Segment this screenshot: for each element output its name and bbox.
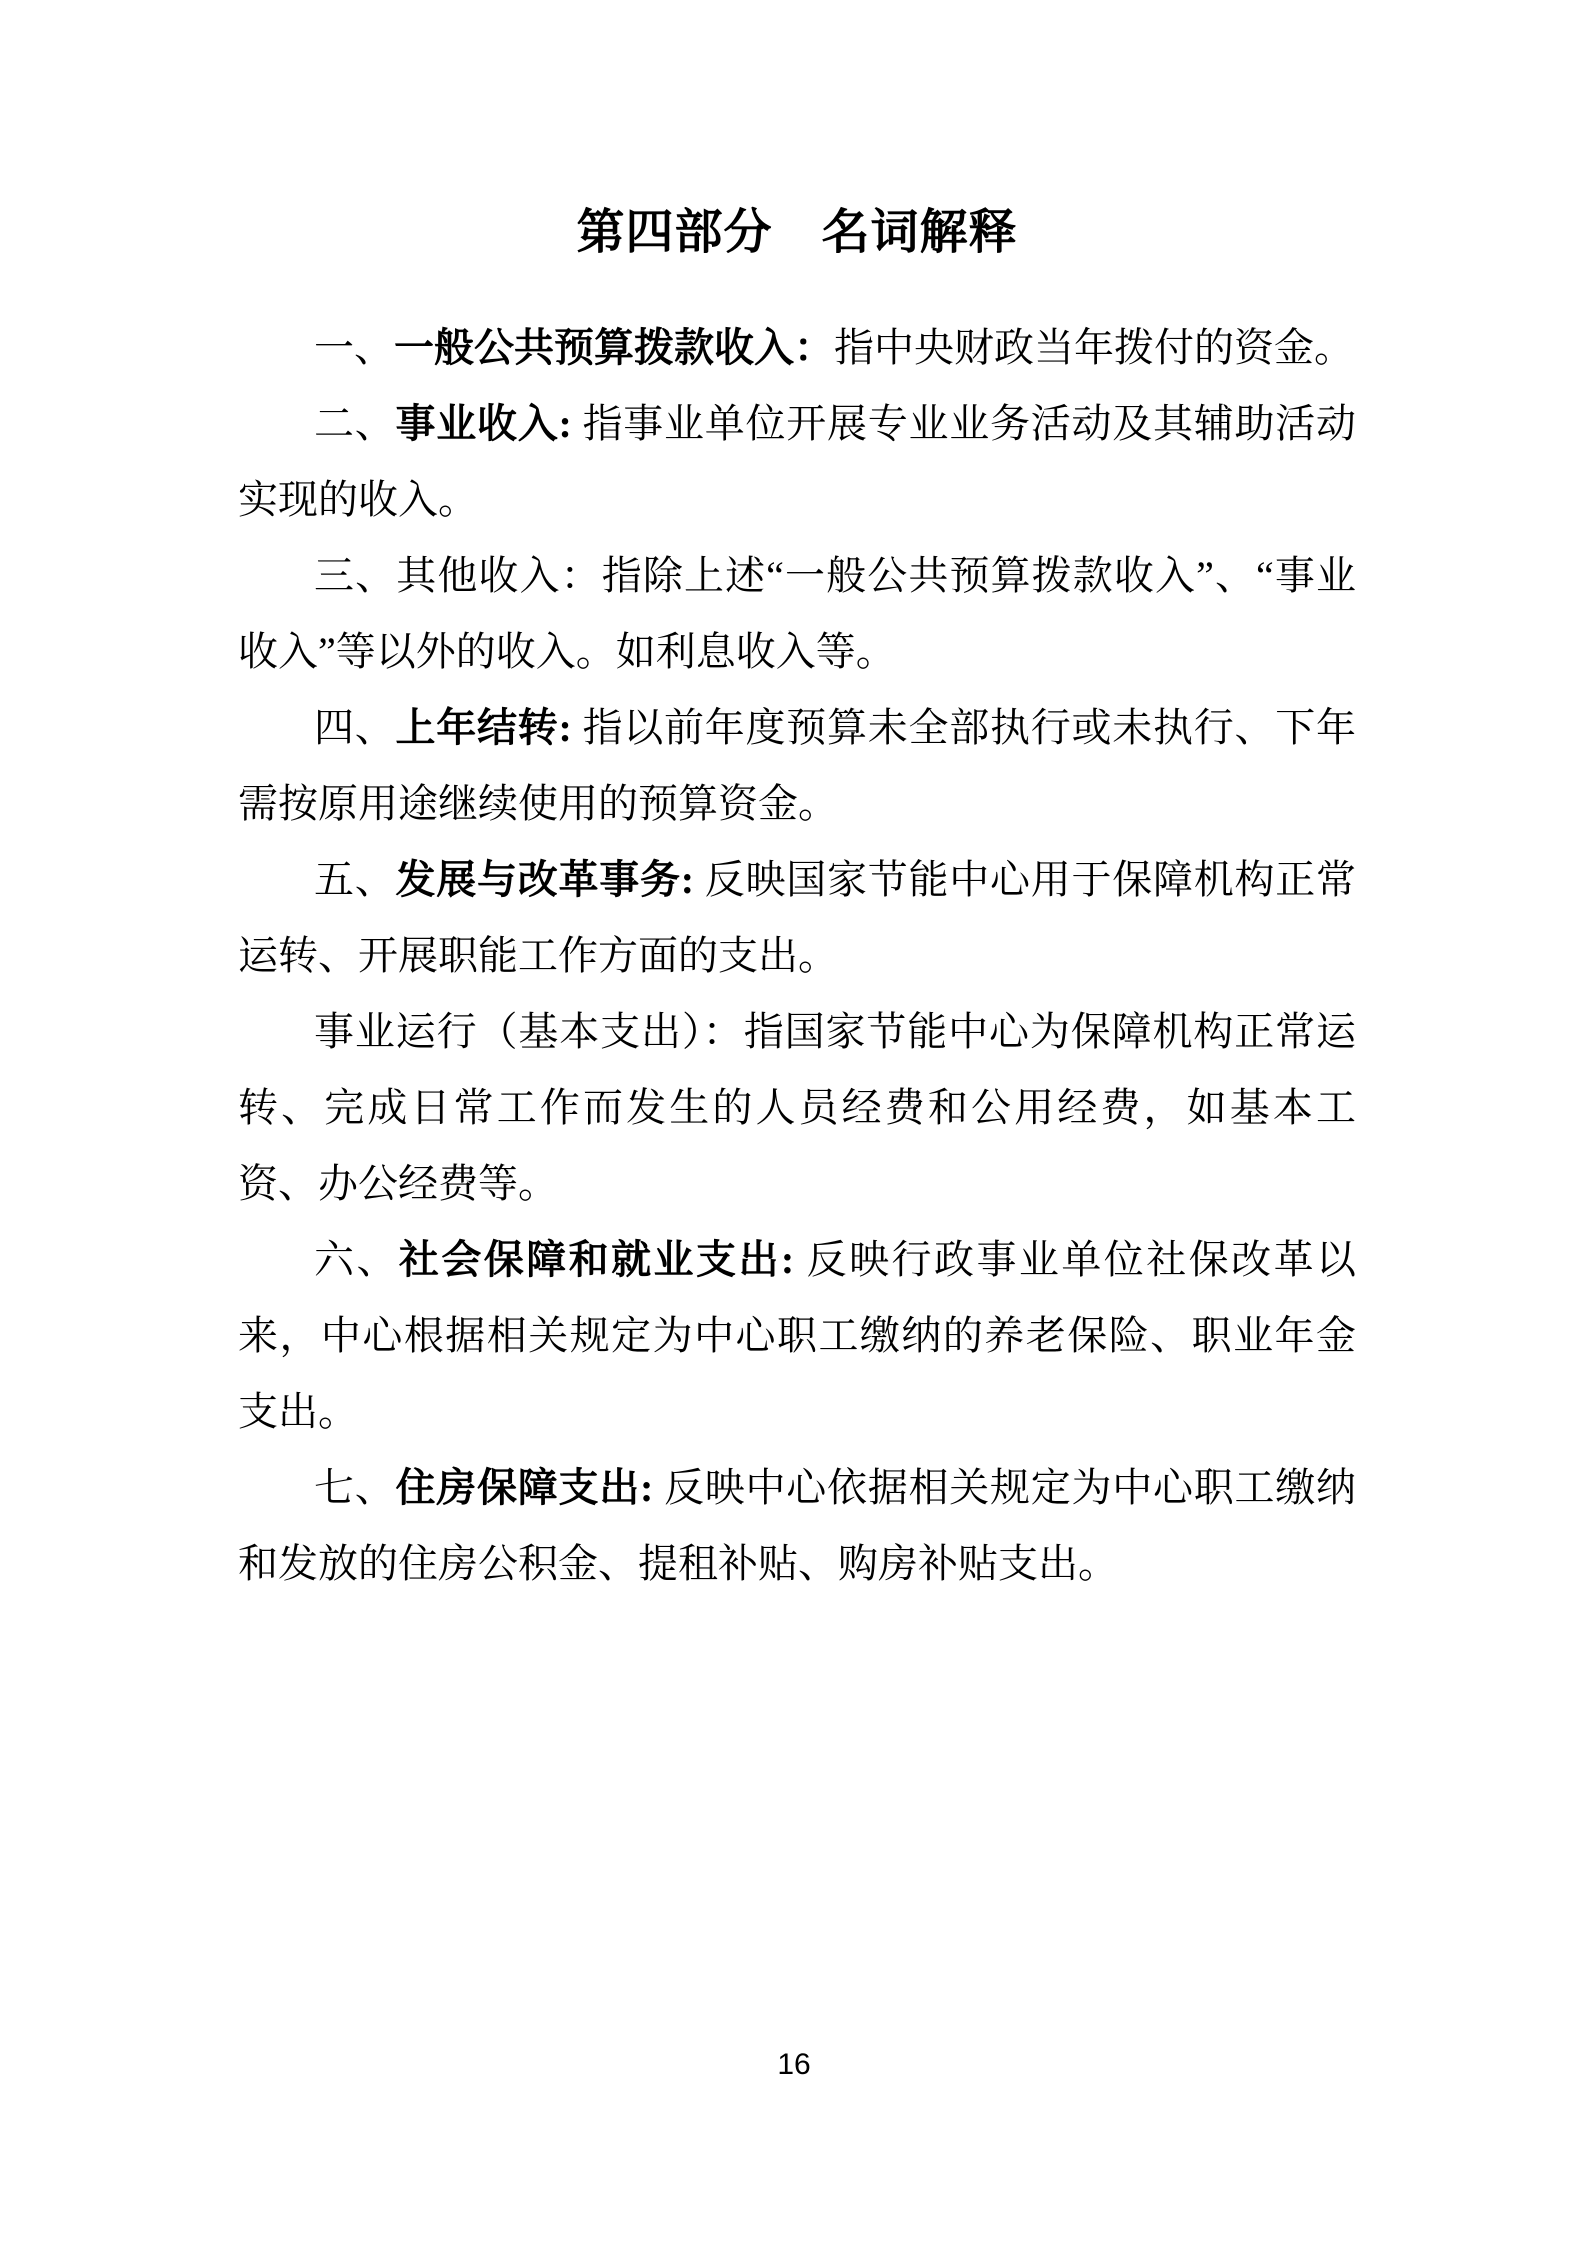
definition-paragraph: 事业运行（基本支出）：指国家节能中心为保障机构正常运转、完成日常工作而发生的人员… bbox=[238, 994, 1356, 1222]
definition-paragraph: 七、住房保障支出: 反映中心依据相关规定为中心职工缴纳和发放的住房公积金、提租补… bbox=[238, 1450, 1356, 1602]
term-label: 发展与改革事务: bbox=[396, 857, 705, 902]
definition-paragraph: 五、发展与改革事务: 反映国家节能中心用于保障机构正常运转、开展职能工作方面的支… bbox=[238, 842, 1356, 994]
definition-paragraph: 四、上年结转: 指以前年度预算未全部执行或未执行、下年需按原用途继续使用的预算资… bbox=[238, 690, 1356, 842]
term-label: 事业运行（基本支出）： bbox=[314, 1009, 744, 1054]
definition-paragraph: 六、社会保障和就业支出: 反映行政事业单位社保改革以来，中心根据相关规定为中心职… bbox=[238, 1222, 1356, 1450]
term-label: 上年结转: bbox=[396, 705, 583, 750]
item-number: 四、 bbox=[314, 705, 396, 750]
term-label: 其他收入： bbox=[396, 553, 602, 598]
term-label: 事业收入: bbox=[396, 401, 583, 446]
definitions-list: 一、一般公共预算拨款收入：指中央财政当年拨付的资金。二、事业收入: 指事业单位开… bbox=[238, 310, 1356, 1602]
page-content: 第四部分 名词解释 一、一般公共预算拨款收入：指中央财政当年拨付的资金。二、事业… bbox=[238, 200, 1356, 1602]
item-number: 二、 bbox=[314, 401, 396, 446]
item-number: 五、 bbox=[314, 857, 396, 902]
item-number: 一、 bbox=[314, 325, 394, 370]
item-number: 七、 bbox=[314, 1465, 396, 1510]
term-label: 住房保障支出: bbox=[396, 1465, 665, 1510]
item-number: 六、 bbox=[314, 1237, 399, 1282]
document-page: 第四部分 名词解释 一、一般公共预算拨款收入：指中央财政当年拨付的资金。二、事业… bbox=[0, 0, 1588, 2245]
definition-paragraph: 三、其他收入：指除上述“一般公共预算拨款收入”、“事业收入”等以外的收入。如利息… bbox=[238, 538, 1356, 690]
page-title: 第四部分 名词解释 bbox=[238, 200, 1356, 266]
item-number: 三、 bbox=[314, 553, 396, 598]
definition-paragraph: 一、一般公共预算拨款收入：指中央财政当年拨付的资金。 bbox=[238, 310, 1356, 386]
definition-paragraph: 二、事业收入: 指事业单位开展专业业务活动及其辅助活动实现的收入。 bbox=[238, 386, 1356, 538]
term-label: 社会保障和就业支出: bbox=[399, 1237, 807, 1282]
term-label: 一般公共预算拨款收入： bbox=[394, 325, 834, 370]
page-number: 16 bbox=[0, 2048, 1588, 2082]
definition-text: 指中央财政当年拨付的资金。 bbox=[834, 325, 1354, 370]
